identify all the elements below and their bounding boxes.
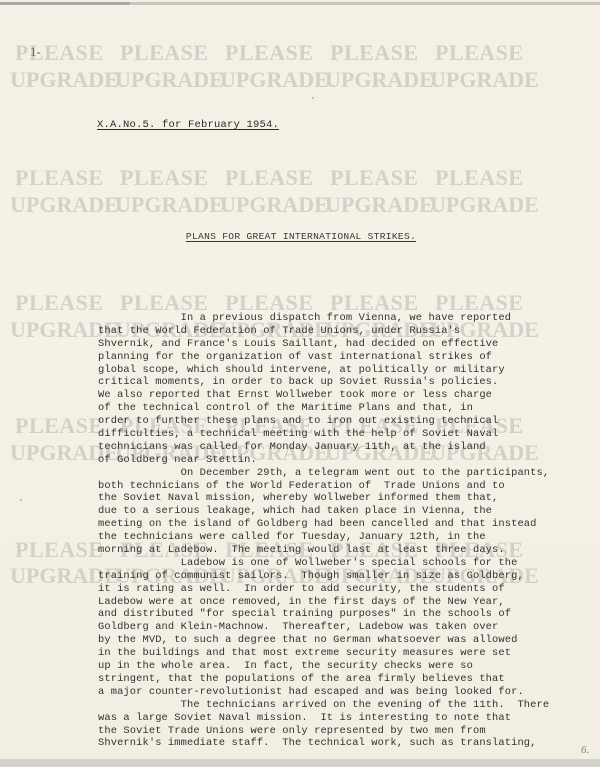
watermark-please: PLEASE xyxy=(120,167,209,189)
watermark-upgrade: UPGRADE xyxy=(325,194,434,216)
body-line: both technicians of the World Federation… xyxy=(98,480,598,493)
body-line: and distributed "for special training pu… xyxy=(98,608,598,621)
body-line: technicians was called for Monday Januar… xyxy=(98,441,598,454)
body-line: We also reported that Ernst Wollweber to… xyxy=(98,389,598,402)
watermark-please: PLEASE xyxy=(15,42,104,64)
watermark-please: PLEASE xyxy=(330,167,419,189)
watermark-please: PLEASE xyxy=(15,167,104,189)
body-line: Shvernik's immediate staff. The technica… xyxy=(98,737,598,750)
body-line: in the buildings and that most extreme s… xyxy=(98,647,598,660)
watermark-please: PLEASE xyxy=(435,167,524,189)
body-line: by the MVD, to such a degree that no Ger… xyxy=(98,634,598,647)
watermark-upgrade: UPGRADE xyxy=(10,194,119,216)
body-line: global scope, which should intervene, at… xyxy=(98,364,598,377)
watermark-upgrade: UPGRADE xyxy=(115,194,224,216)
watermark-upgrade: UPGRADE xyxy=(10,69,119,91)
body-line: a major counter-revolutionist had escape… xyxy=(98,686,598,699)
watermark-please: PLEASE xyxy=(225,167,314,189)
body-line: The technicians arrived on the evening o… xyxy=(98,699,598,712)
body-line: of the technical control of the Maritime… xyxy=(98,402,598,415)
paper-speck xyxy=(312,97,314,99)
body-line: stringent, that the populations of the a… xyxy=(98,673,598,686)
body-line: was a large Soviet Naval mission. It is … xyxy=(98,712,598,725)
watermark-please: PLEASE xyxy=(330,292,419,314)
watermark-please: PLEASE xyxy=(120,42,209,64)
body-line: planning for the organization of vast in… xyxy=(98,351,598,364)
body-line: meeting on the island of Goldberg had be… xyxy=(98,518,598,531)
body-line: critical moments, in order to back up So… xyxy=(98,376,598,389)
watermark-please: PLEASE xyxy=(435,292,524,314)
body-line: Shvernik, and France's Louis Saillant, h… xyxy=(98,338,598,351)
watermark-please: PLEASE xyxy=(15,292,104,314)
document-reference: X.A.No.5. for February 1954. xyxy=(97,119,279,131)
watermark-upgrade: UPGRADE xyxy=(220,69,329,91)
body-line: the technicians were called for Tuesday,… xyxy=(98,531,598,544)
body-line: that the World Federation of Trade Union… xyxy=(98,325,598,338)
watermark-upgrade: UPGRADE xyxy=(220,194,329,216)
page-mark: 1- xyxy=(30,44,41,60)
watermark-please: PLEASE xyxy=(330,42,419,64)
document-page: PLEASEUPGRADEPLEASEUPGRADEPLEASEUPGRADEP… xyxy=(0,2,600,759)
watermark-please: PLEASE xyxy=(15,415,104,437)
body-line: Ladebow were at once removed, in the fir… xyxy=(98,596,598,609)
body-line: In a previous dispatch from Vienna, we h… xyxy=(98,312,598,325)
body-line: up in the whole area. In fact, the secur… xyxy=(98,660,598,673)
watermark-please: PLEASE xyxy=(15,539,104,561)
body-line: it is rating as well. In order to add se… xyxy=(98,583,598,596)
watermark-upgrade: UPGRADE xyxy=(115,69,224,91)
scan-top-edge xyxy=(0,2,600,5)
watermark-upgrade: UPGRADE xyxy=(430,194,539,216)
watermark-please: PLEASE xyxy=(435,42,524,64)
folio-number: 6. xyxy=(581,744,589,756)
body-line: Ladebow is one of Wollweber's special sc… xyxy=(98,557,598,570)
body-line: On December 29th, a telegram went out to… xyxy=(98,467,598,480)
body-line: due to a serious leakage, which had take… xyxy=(98,505,598,518)
watermark-please: PLEASE xyxy=(225,42,314,64)
body-line: difficulties, a technical meeting with t… xyxy=(98,428,598,441)
document-body: In a previous dispatch from Vienna, we h… xyxy=(98,312,598,750)
watermark-please: PLEASE xyxy=(225,292,314,314)
paper-speck xyxy=(20,499,22,501)
body-line: of Goldberg near Stettin. xyxy=(98,454,598,467)
document-title-text: PLANS FOR GREAT INTERNATIONAL STRIKES. xyxy=(184,231,416,242)
scan-bottom-edge xyxy=(0,759,600,767)
body-line: the Soviet Naval mission, whereby Wollwe… xyxy=(98,492,598,505)
body-line: Goldberg and Klein-Machnow. Thereafter, … xyxy=(98,621,598,634)
body-line: order to further these plans and to iron… xyxy=(98,415,598,428)
body-line: training of communist sailors. Though sm… xyxy=(98,570,598,583)
body-line: morning at Ladebow. The meeting would la… xyxy=(98,544,598,557)
watermark-upgrade: UPGRADE xyxy=(430,69,539,91)
document-title: PLANS FOR GREAT INTERNATIONAL STRIKES. xyxy=(0,231,600,242)
body-line: the Soviet Trade Unions were only repres… xyxy=(98,725,598,738)
watermark-please: PLEASE xyxy=(120,292,209,314)
watermark-upgrade: UPGRADE xyxy=(325,69,434,91)
